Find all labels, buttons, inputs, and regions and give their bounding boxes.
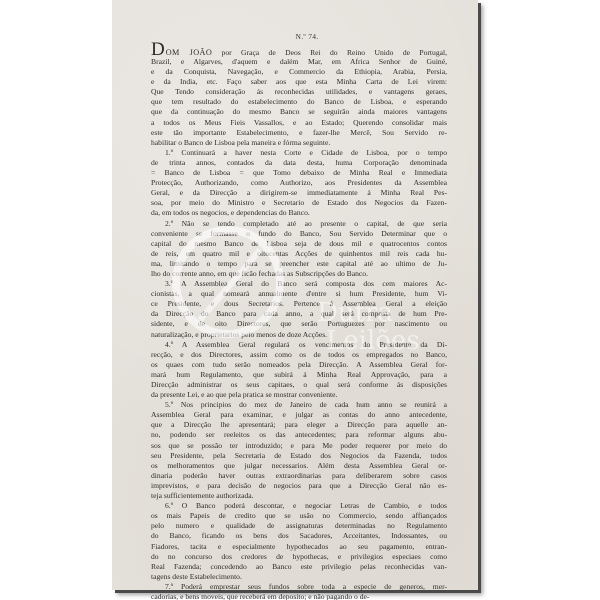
text-line: Fiadores, tacita e especialmente hypothe… [151, 542, 447, 552]
text-line: que tem resultado do estabelecimento do … [151, 97, 447, 107]
king-name: OM JOÃO [166, 48, 212, 57]
text-line: os quaes com tudo serão nomeados pela Di… [151, 360, 447, 370]
text-line: da Direcção do Banco para cada anno, a q… [151, 309, 447, 319]
text-line: os melhoramentos que julgar necessarios.… [151, 461, 447, 471]
text-line: seu Presidente, pela Secretaria de Estad… [151, 451, 447, 461]
text-line: teja sufficientemente authorizada. [151, 491, 447, 501]
text-line: cadorias, e bens moveis, que receberá em… [151, 592, 447, 600]
text-line: este tão importante Estabelecimento, e f… [151, 128, 447, 138]
paragraph-start-line: 6.º O Banco poderá descontar, e negociar… [151, 501, 447, 511]
paragraph-start-line: 2.º Não se tendo completado até ao prese… [151, 219, 447, 229]
text-line: da presente Lei, e ao que pela pratica s… [151, 390, 447, 400]
text-line: conveniente se formasse o fundo do Banco… [151, 229, 447, 239]
text-line: os mais Papeis de credito que se usão no… [151, 511, 447, 521]
text-line: Que Tendo consideração ás reconhecidas u… [151, 87, 447, 97]
text-line: Direcção administrar os seus capitaes, o… [151, 380, 447, 390]
text-line: que a Direcção lhe apresentará; para ele… [151, 420, 447, 430]
text-line: e da Conquista, Navegação, e Commercio d… [151, 67, 447, 77]
paragraph-start-line: 3.º A Assemblea Geral do Banco será comp… [151, 279, 447, 289]
text-line: pelo numero e qualidade de assignaturas … [151, 521, 447, 531]
document-body: DOM JOÃO por Graça de Deos Rei do Reino … [151, 43, 447, 600]
text-line: da, em todos os negocios, e dependencias… [151, 208, 447, 218]
document-number: N.º 74. [112, 32, 478, 41]
text-line: ma, limitando o tempo para se preencher … [151, 259, 447, 269]
text-line: do no concurso dos credores de hypotheca… [151, 552, 447, 562]
text-line: tagens deste Estabelecimento. [151, 572, 447, 582]
text-line: de trinta annos, contados da data desta,… [151, 158, 447, 168]
text-line: imprevistos, e para decisão de negocios … [151, 481, 447, 491]
text-line: soa, por meio do Ministro e Secretario d… [151, 198, 447, 208]
text-line: Assemblea Geral para examinar, e julgar … [151, 410, 447, 420]
watermark-text-line2: Leilões [326, 328, 420, 354]
watermark-text-line1: Dutra [317, 300, 393, 326]
text-line: Real Fazenda; concedendo ao Banco este p… [151, 562, 447, 572]
text-line: no, podendo ser reeleitos os das anteced… [151, 430, 447, 440]
paragraph-start-line: 5.º Nos principios do mez de Janeiro de … [151, 400, 447, 410]
text-line: = Banco de Lisboa = que Tomo debaixo de … [151, 168, 447, 178]
text-line: dinaria poderão haver outras extraordina… [151, 471, 447, 481]
text-line: sos que se possão ter introduzido; e par… [151, 441, 447, 451]
paragraph-start-line: 7.º Poderá emprestar seus fundos sobre t… [151, 582, 447, 592]
text-line: mará hum Regulamento, que subirá á Minha… [151, 370, 447, 380]
text-line: de reis, em quatro mil e oitocentas Acçõ… [151, 249, 447, 259]
text-line: Protecção, Authorizando, como Authorizo,… [151, 178, 447, 188]
document-page: N.º 74. DOM JOÃO por Graça de Deos Rei d… [112, 0, 478, 590]
text-line: ce Presidente, e dous Secretarios. Perte… [151, 299, 447, 309]
text-line: lho do corrente anno, em que ficão fecha… [151, 269, 447, 279]
text-line: e da India, etc. Faço saber aos que esta… [151, 77, 447, 87]
text-line: cionistas, a qual nomeará annualmente d'… [151, 289, 447, 299]
text-line: habilitar o Banco de Lisboa pela maneira… [151, 138, 447, 148]
opening-line: DOM JOÃO por Graça de Deos Rei do Reino … [151, 43, 447, 57]
opening-line-text: por Graça de Deos Rei do Reino Unido de … [212, 48, 447, 57]
text-line: que da continuação do mesmo Banco se seg… [151, 107, 447, 117]
paragraph-start-line: 1.º Continuará a haver nesta Corte e Cid… [151, 148, 447, 158]
text-line: do Banco, ficando os bens dos Sacadores,… [151, 531, 447, 541]
text-line: a todos os Meus Fieis Vassallos, e ao Es… [151, 118, 447, 128]
text-line: capital do mesmo Banco de Lisboa seja de… [151, 239, 447, 249]
text-line: Brazil, e Algarves, d'aquem e dalém Mar,… [151, 57, 447, 67]
text-line: Geral, e da Direcção a dirigirem-se imme… [151, 188, 447, 198]
